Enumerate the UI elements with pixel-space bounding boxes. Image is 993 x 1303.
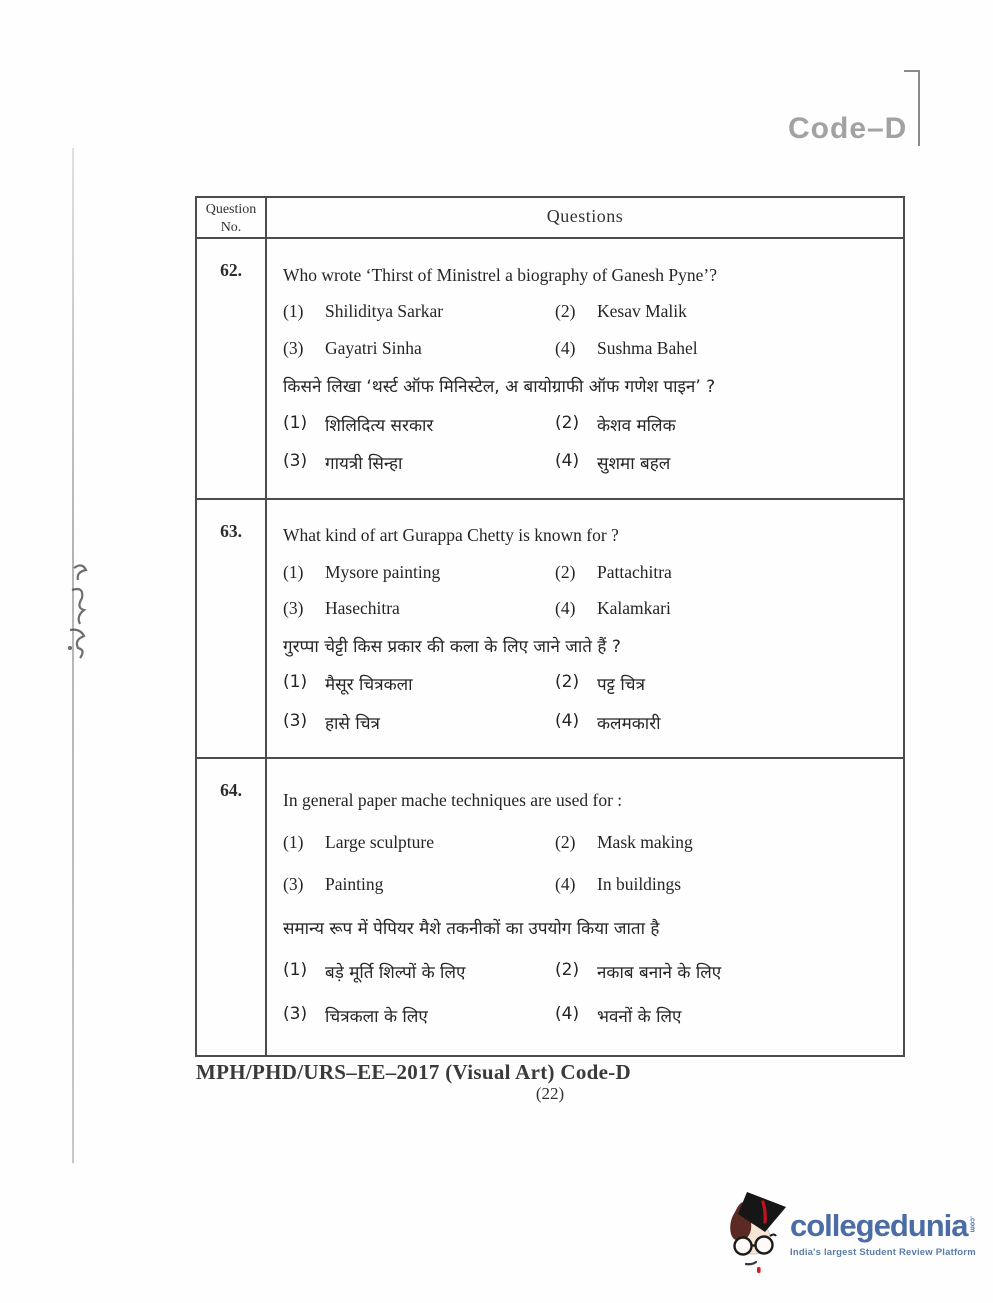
option-number: (2) <box>555 562 597 583</box>
option-number: (3) <box>283 338 325 359</box>
options-row: (1)मैसूर चित्रकला (2)पट्ट चित्र <box>283 672 895 695</box>
option-label: हासे चित्र <box>325 711 380 734</box>
question-table: Question No. Questions 62. Who wrote ‘Th… <box>195 196 905 1057</box>
option-number: (1) <box>283 672 325 695</box>
option: (2)Pattachitra <box>555 562 895 583</box>
option-label: Painting <box>325 874 383 895</box>
option-label: Mask making <box>597 832 693 853</box>
option: (1)Mysore painting <box>283 562 555 583</box>
option-label: Kesav Malik <box>597 301 687 322</box>
option: (2)Mask making <box>555 832 895 853</box>
options-row: (1)शिलिदित्य सरकार (2)केशव मलिक <box>283 413 895 436</box>
question-row-63: 63. What kind of art Gurappa Chetty is k… <box>197 498 903 757</box>
scan-corner-mark <box>918 70 920 146</box>
options-row: (1)Mysore painting (2)Pattachitra <box>283 562 895 583</box>
option: (4)In buildings <box>555 874 895 895</box>
question-body: Who wrote ‘Thirst of Ministrel a biograp… <box>267 239 903 498</box>
option-label: भवनों के लिए <box>597 1004 681 1027</box>
exam-paper-page: Code–D Question No. Questions 62. Who wr… <box>0 0 993 1303</box>
option-number: (1) <box>283 832 325 853</box>
option-label: Large sculpture <box>325 832 434 853</box>
option-number: (3) <box>283 451 325 474</box>
question-text-hi: किसने लिखा ‘थर्स्ट ऑफ मिनिस्टेल, अ बायोग… <box>283 374 895 397</box>
question-number: 63. <box>197 500 267 757</box>
option: (2)Kesav Malik <box>555 301 895 322</box>
option-label: केशव मलिक <box>597 413 676 436</box>
scan-corner-mark <box>904 70 920 72</box>
option-number: (3) <box>283 598 325 619</box>
page-code-label: Code–D <box>788 112 907 146</box>
header-question-no-line2: No. <box>197 219 265 237</box>
option-label: शिलिदित्य सरकार <box>325 413 433 436</box>
option-label: बड़े मूर्ति शिल्पों के लिए <box>325 960 465 983</box>
question-text-en: What kind of art Gurappa Chetty is known… <box>283 525 895 546</box>
option: (4)भवनों के लिए <box>555 1004 895 1027</box>
collegedunia-logo: collegedunia .com India's largest Studen… <box>726 1190 982 1278</box>
option: (4)Sushma Bahel <box>555 338 895 359</box>
options-row: (3)चित्रकला के लिए (4)भवनों के लिए <box>283 1004 895 1027</box>
question-text-hi: गुरप्पा चेट्टी किस प्रकार की कला के लिए … <box>283 634 895 657</box>
option-number: (3) <box>283 874 325 895</box>
header-questions: Questions <box>267 198 903 237</box>
footer-paper-code: MPH/PHD/URS–EE–2017 (Visual Art) Code-D <box>196 1060 906 1085</box>
option: (4)Kalamkari <box>555 598 895 619</box>
options-row: (3)Gayatri Sinha (4)Sushma Bahel <box>283 338 895 359</box>
question-number: 62. <box>197 239 267 498</box>
collegedunia-brand-text: collegedunia <box>790 1210 967 1241</box>
options-row: (1)Large sculpture (2)Mask making <box>283 832 895 853</box>
option-label: पट्ट चित्र <box>597 672 645 695</box>
header-question-no: Question No. <box>197 198 267 237</box>
option-number: (3) <box>283 1004 325 1027</box>
option-number: (1) <box>283 960 325 983</box>
option-label: Sushma Bahel <box>597 338 698 359</box>
collegedunia-mascot-icon <box>726 1190 790 1274</box>
option: (3)गायत्री सिन्हा <box>283 451 555 474</box>
table-header-row: Question No. Questions <box>197 198 903 239</box>
option-label: सुशमा बहल <box>597 451 670 474</box>
collegedunia-text-block: collegedunia .com India's largest Studen… <box>790 1190 976 1258</box>
option: (1)शिलिदित्य सरकार <box>283 413 555 436</box>
option: (2)केशव मलिक <box>555 413 895 436</box>
options-row: (1)बड़े मूर्ति शिल्पों के लिए (2)नकाब बन… <box>283 960 895 983</box>
option: (3)चित्रकला के लिए <box>283 1004 555 1027</box>
question-body: What kind of art Gurappa Chetty is known… <box>267 500 903 757</box>
option-number: (4) <box>555 451 597 474</box>
option-label: चित्रकला के लिए <box>325 1004 428 1027</box>
option: (3)Painting <box>283 874 555 895</box>
options-row: (3)गायत्री सिन्हा (4)सुशमा बहल <box>283 451 895 474</box>
option-label: मैसूर चित्रकला <box>325 672 413 695</box>
option: (3)Hasechitra <box>283 598 555 619</box>
option: (1)बड़े मूर्ति शिल्पों के लिए <box>283 960 555 983</box>
collegedunia-tagline: India's largest Student Review Platform <box>790 1247 976 1258</box>
question-text-en: Who wrote ‘Thirst of Ministrel a biograp… <box>283 265 895 286</box>
footer-page-number: (22) <box>195 1084 905 1104</box>
question-row-62: 62. Who wrote ‘Thirst of Ministrel a bio… <box>197 239 903 498</box>
option-number: (2) <box>555 960 597 983</box>
question-number: 64. <box>197 759 267 1056</box>
question-text-en: In general paper mache techniques are us… <box>283 790 895 811</box>
question-row-64: 64. In general paper mache techniques ar… <box>197 757 903 1056</box>
option-number: (4) <box>555 1004 597 1027</box>
option-label: कलमकारी <box>597 711 661 734</box>
option-number: (4) <box>555 874 597 895</box>
option-number: (4) <box>555 598 597 619</box>
option-label: In buildings <box>597 874 681 895</box>
option-number: (4) <box>555 711 597 734</box>
option: (1)Large sculpture <box>283 832 555 853</box>
options-row: (3)Painting (4)In buildings <box>283 874 895 895</box>
option-number: (2) <box>555 672 597 695</box>
option-label: Shiliditya Sarkar <box>325 301 443 322</box>
options-row: (1)Shiliditya Sarkar (2)Kesav Malik <box>283 301 895 322</box>
option-label: Kalamkari <box>597 598 671 619</box>
option: (3)Gayatri Sinha <box>283 338 555 359</box>
header-question-no-line1: Question <box>197 201 265 219</box>
option: (1)Shiliditya Sarkar <box>283 301 555 322</box>
option: (4)कलमकारी <box>555 711 895 734</box>
option: (3)हासे चित्र <box>283 711 555 734</box>
option-number: (2) <box>555 413 597 436</box>
option-number: (3) <box>283 711 325 734</box>
option-number: (1) <box>283 562 325 583</box>
option-number: (1) <box>283 413 325 436</box>
handwritten-scribble-artifact <box>60 560 104 710</box>
option: (2)नकाब बनाने के लिए <box>555 960 895 983</box>
question-body: In general paper mache techniques are us… <box>267 759 903 1056</box>
option-label: नकाब बनाने के लिए <box>597 960 721 983</box>
option: (4)सुशमा बहल <box>555 451 895 474</box>
option: (1)मैसूर चित्रकला <box>283 672 555 695</box>
option-label: गायत्री सिन्हा <box>325 451 402 474</box>
option-number: (2) <box>555 301 597 322</box>
option-label: Hasechitra <box>325 598 400 619</box>
options-row: (3)Hasechitra (4)Kalamkari <box>283 598 895 619</box>
option-number: (1) <box>283 301 325 322</box>
option-label: Gayatri Sinha <box>325 338 422 359</box>
option-number: (2) <box>555 832 597 853</box>
collegedunia-tld-text: .com <box>968 1216 975 1232</box>
option-number: (4) <box>555 338 597 359</box>
option-label: Mysore painting <box>325 562 440 583</box>
options-row: (3)हासे चित्र (4)कलमकारी <box>283 711 895 734</box>
question-text-hi: समान्य रूप में पेपियर मैशे तकनीकों का उप… <box>283 916 895 939</box>
option: (2)पट्ट चित्र <box>555 672 895 695</box>
option-label: Pattachitra <box>597 562 672 583</box>
